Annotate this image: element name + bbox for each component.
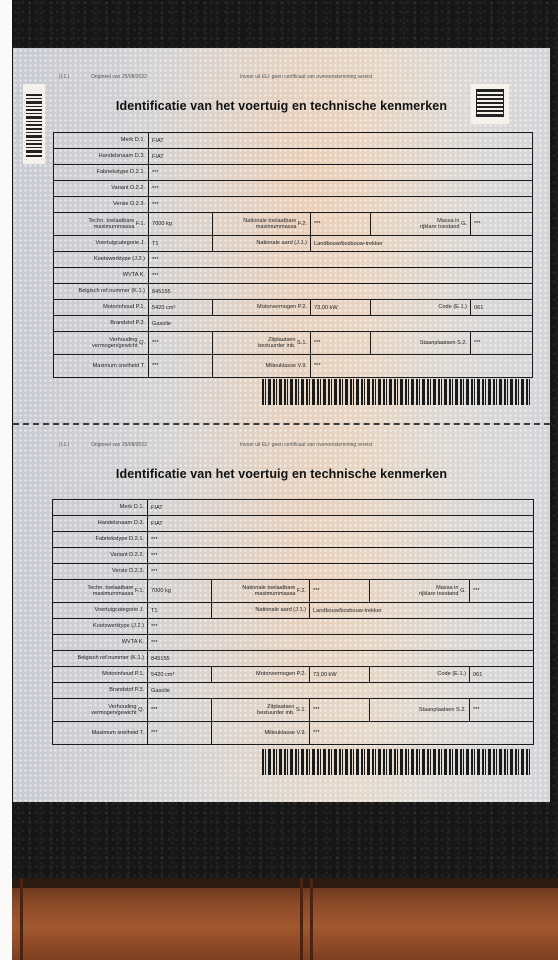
table-row: Belgisch ref.nummer (K.1.) 845155 bbox=[54, 284, 532, 300]
document-title: Identificatie van het voertuig en techni… bbox=[13, 99, 550, 113]
table-row: Verhoudingvermogen/gewicht Q. *** Zitpla… bbox=[54, 332, 532, 355]
barcode-icon bbox=[23, 84, 45, 164]
vehicle-data-table: Merk D.1. FIAT Handelsnaam D.3. FIAT Fab… bbox=[52, 499, 534, 745]
form-code: (I.1.) bbox=[59, 442, 69, 448]
field-label: Handelsnaam D.3. bbox=[54, 149, 149, 164]
field-value-milieuklasse: *** bbox=[310, 722, 533, 744]
table-row: Brandstof P.3. Gasolie bbox=[53, 683, 533, 699]
sofa-edge bbox=[0, 878, 558, 888]
field-value-zitplaatsen: *** bbox=[311, 332, 371, 354]
field-label: Motorvermogen P.2. bbox=[212, 667, 310, 682]
field-value-motorvermogen: 73,00 kW bbox=[310, 667, 370, 682]
table-row: Maximum snelheid T. *** Milieuklasse V.9… bbox=[54, 355, 532, 377]
field-value-variant: *** bbox=[149, 181, 532, 196]
field-label: Variant D.2.2. bbox=[54, 181, 149, 196]
field-label: WVTA K. bbox=[53, 635, 148, 650]
field-value-fabriekstype: *** bbox=[148, 532, 533, 547]
field-label-zitplaatsen: Zitplaatsenbestuurder inb. S.1. bbox=[212, 699, 310, 721]
table-row: WVTA K. *** bbox=[54, 268, 532, 284]
field-label: Motorinhoud P.1. bbox=[53, 667, 148, 682]
field-value-nationale-aard: Landbouw/bosbouw-trekker bbox=[310, 603, 533, 618]
field-value-merk: FIAT bbox=[148, 500, 533, 515]
barcode-icon bbox=[262, 749, 532, 775]
field-label-techn-massa: Techn. toelaatbaremaximummassa F.1. bbox=[54, 213, 149, 235]
field-label-massa-rijklaar: Massa inrijklare toestand G. bbox=[371, 213, 471, 235]
field-value-verhouding: *** bbox=[148, 699, 212, 721]
field-label: Staanplaatsen S.2. bbox=[371, 332, 471, 354]
field-value-massa-rijklaar: *** bbox=[471, 213, 532, 235]
field-label: Belgisch ref.nummer (K.1.) bbox=[53, 651, 148, 666]
table-row: Handelsnaam D.3. FIAT bbox=[54, 149, 532, 165]
field-label: Koetswerktype (J.2.) bbox=[54, 252, 149, 267]
document-title: Identificatie van het voertuig en techni… bbox=[13, 467, 550, 481]
field-value-massa-rijklaar: *** bbox=[470, 580, 533, 602]
table-row: Handelsnaam D.3. FIAT bbox=[53, 516, 533, 532]
import-note: Invoer uit EU: geen certificaat van over… bbox=[240, 442, 372, 448]
table-row: Voertuigcategorie J. T1 Nationale aard (… bbox=[53, 603, 533, 619]
field-value-zitplaatsen: *** bbox=[310, 699, 370, 721]
field-label: Brandstof P.3. bbox=[53, 683, 148, 698]
field-value-code-e1: 061 bbox=[470, 667, 533, 682]
table-row: Techn. toelaatbaremaximummassa F.1. 7000… bbox=[54, 213, 532, 236]
table-row: Versie D.2.3. *** bbox=[53, 564, 533, 580]
field-label-nat-massa: Nationale toelaatbaremaximummassa F.2. bbox=[212, 580, 310, 602]
field-value-motorvermogen: 73,00 kW bbox=[311, 300, 371, 315]
field-value-belgisch-ref: 845155 bbox=[149, 284, 532, 299]
field-label-techn-massa: Techn. toelaatbaremaximummassa F.1. bbox=[53, 580, 148, 602]
table-row: Merk D.1. FIAT bbox=[54, 133, 532, 149]
field-label: Nationale aard (J.1.) bbox=[213, 236, 311, 251]
field-label: Koetswerktype (J.2.) bbox=[53, 619, 148, 634]
document-copy-top: (I.1.) Origineel van 25/08/2022 Invoer u… bbox=[13, 48, 550, 425]
field-value-nat-massa: *** bbox=[310, 580, 370, 602]
field-label-verhouding: Verhoudingvermogen/gewicht Q. bbox=[54, 332, 149, 354]
table-row: Voertuigcategorie J. T1 Nationale aard (… bbox=[54, 236, 532, 252]
field-value-koetswerktype: *** bbox=[148, 619, 533, 634]
field-label: Brandstof P.3. bbox=[54, 316, 149, 331]
field-value-wvta: *** bbox=[149, 268, 532, 283]
field-value-motorinhoud: 5420 cm³ bbox=[149, 300, 213, 315]
field-value-koetswerktype: *** bbox=[149, 252, 532, 267]
field-label: Milieuklasse V.9. bbox=[212, 722, 310, 744]
field-value-techn-massa: 7000 kg bbox=[148, 580, 212, 602]
field-value-max-snelheid: *** bbox=[148, 722, 212, 744]
field-value-verhouding: *** bbox=[149, 332, 213, 354]
table-row: Belgisch ref.nummer (K.1.) 845155 bbox=[53, 651, 533, 667]
table-row: Motorinhoud P.1. 5420 cm³ Motorvermogen … bbox=[54, 300, 532, 316]
leather-sofa bbox=[0, 878, 558, 960]
table-row: Koetswerktype (J.2.) *** bbox=[54, 252, 532, 268]
field-value-handelsnaam: FIAT bbox=[148, 516, 533, 531]
field-label: Merk D.1. bbox=[53, 500, 148, 515]
field-value-nat-massa: *** bbox=[311, 213, 371, 235]
field-label-massa-rijklaar: Massa inrijklare toestand G. bbox=[370, 580, 470, 602]
table-row: Versie D.2.3. *** bbox=[54, 197, 532, 213]
table-row: Variant D.2.2. *** bbox=[54, 181, 532, 197]
table-row: Techn. toelaatbaremaximummassa F.1. 7000… bbox=[53, 580, 533, 603]
vehicle-data-table: Merk D.1. FIAT Handelsnaam D.3. FIAT Fab… bbox=[53, 132, 533, 378]
field-value-versie: *** bbox=[149, 197, 532, 212]
table-row: Variant D.2.2. *** bbox=[53, 548, 533, 564]
field-label: Fabriekstype D.2.1. bbox=[54, 165, 149, 180]
field-value-staanplaatsen: *** bbox=[470, 699, 533, 721]
field-value-techn-massa: 7000 kg bbox=[149, 213, 213, 235]
field-value-merk: FIAT bbox=[149, 133, 532, 148]
field-value-belgisch-ref: 845155 bbox=[148, 651, 533, 666]
field-value-brandstof: Gasolie bbox=[149, 316, 532, 331]
table-row: Merk D.1. FIAT bbox=[53, 500, 533, 516]
field-value-variant: *** bbox=[148, 548, 533, 563]
field-value-categorie: T1 bbox=[148, 603, 212, 618]
table-row: Maximum snelheid T. *** Milieuklasse V.9… bbox=[53, 722, 533, 744]
field-value-motorinhoud: 5420 cm³ bbox=[148, 667, 212, 682]
field-label: Milieuklasse V.9. bbox=[213, 355, 311, 377]
field-label-zitplaatsen: Zitplaatsenbestuurder inb. S.1. bbox=[213, 332, 311, 354]
field-value-brandstof: Gasolie bbox=[148, 683, 533, 698]
field-label: Motorvermogen P.2. bbox=[213, 300, 311, 315]
field-value-max-snelheid: *** bbox=[149, 355, 213, 377]
image-border bbox=[0, 0, 12, 960]
original-date: Origineel van 25/08/2022 bbox=[91, 442, 147, 448]
original-date: Origineel van 25/08/2022 bbox=[91, 74, 147, 80]
field-label: Belgisch ref.nummer (K.1.) bbox=[54, 284, 149, 299]
field-value-fabriekstype: *** bbox=[149, 165, 532, 180]
field-value-wvta: *** bbox=[148, 635, 533, 650]
table-row: Verhoudingvermogen/gewicht Q. *** Zitpla… bbox=[53, 699, 533, 722]
leather-seam bbox=[310, 878, 313, 960]
import-note: Invoer uit EU: geen certificaat van over… bbox=[240, 74, 372, 80]
table-row: Koetswerktype (J.2.) *** bbox=[53, 619, 533, 635]
field-label: Motorinhoud P.1. bbox=[54, 300, 149, 315]
field-label: Merk D.1. bbox=[54, 133, 149, 148]
table-row: Fabriekstype D.2.1. *** bbox=[54, 165, 532, 181]
document-copy-bottom: (I.1.) Origineel van 25/08/2022 Invoer u… bbox=[13, 425, 550, 802]
field-label: Handelsnaam D.3. bbox=[53, 516, 148, 531]
leather-seam bbox=[300, 878, 303, 960]
field-value-nationale-aard: Landbouw/bosbouw-trekker bbox=[311, 236, 532, 251]
field-label: Voertuigcategorie J. bbox=[54, 236, 149, 251]
field-value-versie: *** bbox=[148, 564, 533, 579]
table-row: Fabriekstype D.2.1. *** bbox=[53, 532, 533, 548]
field-label-verhouding: Verhoudingvermogen/gewicht Q. bbox=[53, 699, 148, 721]
barcode-icon bbox=[262, 379, 532, 405]
field-label-nat-massa: Nationale toelaatbaremaximummassa F.2. bbox=[213, 213, 311, 235]
field-label: WVTA K. bbox=[54, 268, 149, 283]
field-value-handelsnaam: FIAT bbox=[149, 149, 532, 164]
form-code: (I.1.) bbox=[59, 74, 69, 80]
field-label: Staanplaatsen S.2. bbox=[370, 699, 470, 721]
field-label: Fabriekstype D.2.1. bbox=[53, 532, 148, 547]
field-label: Code (E.1.) bbox=[371, 300, 471, 315]
field-value-code-e1: 061 bbox=[471, 300, 532, 315]
table-row: WVTA K. *** bbox=[53, 635, 533, 651]
field-label: Voertuigcategorie J. bbox=[53, 603, 148, 618]
field-value-staanplaatsen: *** bbox=[471, 332, 532, 354]
field-value-milieuklasse: *** bbox=[311, 355, 532, 377]
field-label: Code (E.1.) bbox=[370, 667, 470, 682]
field-label: Versie D.2.3. bbox=[53, 564, 148, 579]
registration-document: (I.1.) Origineel van 25/08/2022 Invoer u… bbox=[13, 48, 550, 802]
field-label: Versie D.2.3. bbox=[54, 197, 149, 212]
leather-seam bbox=[20, 878, 23, 960]
field-label: Variant D.2.2. bbox=[53, 548, 148, 563]
table-row: Motorinhoud P.1. 5420 cm³ Motorvermogen … bbox=[53, 667, 533, 683]
field-label: Nationale aard (J.1.) bbox=[212, 603, 310, 618]
field-label: Maximum snelheid T. bbox=[54, 355, 149, 377]
table-row: Brandstof P.3. Gasolie bbox=[54, 316, 532, 332]
field-label: Maximum snelheid T. bbox=[53, 722, 148, 744]
field-value-categorie: T1 bbox=[149, 236, 213, 251]
